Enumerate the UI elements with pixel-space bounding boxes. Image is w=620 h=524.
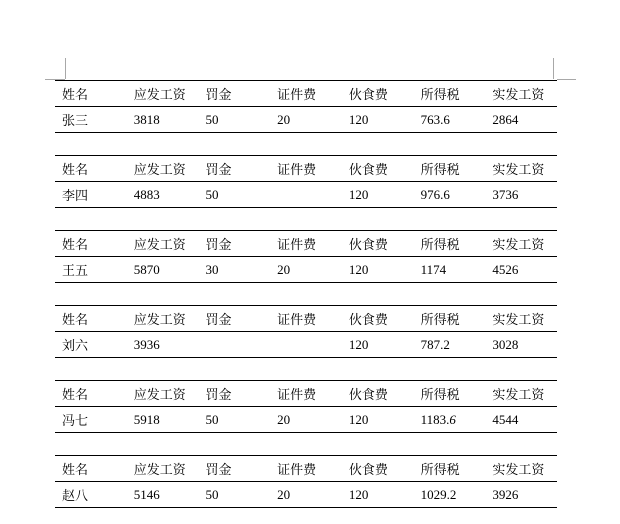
cell-fine[interactable]: 50 (198, 487, 270, 503)
header-cell-net-pay: 实发工资 (485, 234, 557, 253)
table-header-row: 姓名 应发工资 罚金 证件费 伙食费 所得税 实发工资 (55, 231, 557, 257)
header-cell-fine: 罚金 (198, 384, 270, 403)
table-data-row: 冯七 5918 50 20 120 1183.6 4544 (55, 407, 557, 432)
header-cell-fine: 罚金 (198, 309, 270, 328)
cell-name[interactable]: 冯七 (55, 410, 127, 429)
header-cell-certificate-fee: 证件费 (270, 234, 342, 253)
header-cell-certificate-fee: 证件费 (270, 84, 342, 103)
header-cell-meal-fee: 伙食费 (342, 384, 414, 403)
header-cell-certificate-fee: 证件费 (270, 159, 342, 178)
cell-name[interactable]: 刘六 (55, 335, 127, 354)
header-cell-certificate-fee: 证件费 (270, 384, 342, 403)
header-cell-income-tax: 所得税 (414, 234, 486, 253)
cell-gross-pay[interactable]: 3818 (127, 112, 199, 128)
cell-income-tax[interactable]: 1029.2 (414, 487, 486, 503)
tables-area: 姓名 应发工资 罚金 证件费 伙食费 所得税 实发工资 张三 3818 50 2… (55, 80, 557, 508)
cell-meal-fee[interactable]: 120 (342, 187, 414, 203)
cell-name[interactable]: 李四 (55, 185, 127, 204)
header-cell-income-tax: 所得税 (414, 384, 486, 403)
header-cell-income-tax: 所得税 (414, 159, 486, 178)
table-header-row: 姓名 应发工资 罚金 证件费 伙食费 所得税 实发工资 (55, 381, 557, 407)
cell-meal-fee[interactable]: 120 (342, 337, 414, 353)
cell-net-pay[interactable]: 3736 (485, 187, 557, 203)
cell-income-tax[interactable]: 976.6 (414, 187, 486, 203)
table-data-row: 赵八 5146 50 20 120 1029.2 3926 (55, 482, 557, 507)
salary-table-4: 姓名 应发工资 罚金 证件费 伙食费 所得税 实发工资 刘六 3936 120 … (55, 305, 557, 358)
header-cell-income-tax: 所得税 (414, 84, 486, 103)
cell-net-pay[interactable]: 2864 (485, 112, 557, 128)
table-data-row: 王五 5870 30 20 120 1174 4526 (55, 257, 557, 282)
cell-name[interactable]: 张三 (55, 110, 127, 129)
cell-gross-pay[interactable]: 5918 (127, 412, 199, 428)
salary-table-2: 姓名 应发工资 罚金 证件费 伙食费 所得税 实发工资 李四 4883 50 1… (55, 155, 557, 208)
cell-certificate-fee[interactable]: 20 (270, 262, 342, 278)
header-cell-gross-pay: 应发工资 (127, 459, 199, 478)
cell-gross-pay[interactable]: 5870 (127, 262, 199, 278)
header-cell-income-tax: 所得税 (414, 459, 486, 478)
header-cell-name: 姓名 (55, 84, 127, 103)
cell-meal-fee[interactable]: 120 (342, 412, 414, 428)
cell-fine[interactable]: 50 (198, 412, 270, 428)
table-data-row: 刘六 3936 120 787.2 3028 (55, 332, 557, 357)
salary-table-3: 姓名 应发工资 罚金 证件费 伙食费 所得税 实发工资 王五 5870 30 2… (55, 230, 557, 283)
cell-net-pay[interactable]: 4526 (485, 262, 557, 278)
cell-gross-pay[interactable]: 3936 (127, 337, 199, 353)
cell-name[interactable]: 王五 (55, 260, 127, 279)
cell-net-pay[interactable]: 4544 (485, 412, 557, 428)
text-boundary-mark-left-vertical (65, 58, 66, 79)
header-cell-meal-fee: 伙食费 (342, 234, 414, 253)
cell-gross-pay[interactable]: 5146 (127, 487, 199, 503)
header-cell-name: 姓名 (55, 309, 127, 328)
cell-meal-fee[interactable]: 120 (342, 262, 414, 278)
header-cell-fine: 罚金 (198, 234, 270, 253)
table-data-row: 李四 4883 50 120 976.6 3736 (55, 182, 557, 207)
header-cell-meal-fee: 伙食费 (342, 84, 414, 103)
header-cell-net-pay: 实发工资 (485, 159, 557, 178)
salary-table-1: 姓名 应发工资 罚金 证件费 伙食费 所得税 实发工资 张三 3818 50 2… (55, 80, 557, 133)
cell-certificate-fee[interactable]: 20 (270, 412, 342, 428)
table-header-row: 姓名 应发工资 罚金 证件费 伙食费 所得税 实发工资 (55, 456, 557, 482)
header-cell-certificate-fee: 证件费 (270, 459, 342, 478)
header-cell-gross-pay: 应发工资 (127, 159, 199, 178)
header-cell-net-pay: 实发工资 (485, 84, 557, 103)
income-tax-italic-decimal: 6 (449, 412, 456, 427)
cell-name[interactable]: 赵八 (55, 485, 127, 504)
cell-fine[interactable]: 50 (198, 187, 270, 203)
cell-fine[interactable]: 50 (198, 112, 270, 128)
cell-gross-pay[interactable]: 4883 (127, 187, 199, 203)
cell-fine[interactable]: 30 (198, 262, 270, 278)
salary-table-6: 姓名 应发工资 罚金 证件费 伙食费 所得税 实发工资 赵八 5146 50 2… (55, 455, 557, 508)
header-cell-net-pay: 实发工资 (485, 384, 557, 403)
document-page: 姓名 应发工资 罚金 证件费 伙食费 所得税 实发工资 张三 3818 50 2… (0, 0, 620, 524)
header-cell-meal-fee: 伙食费 (342, 159, 414, 178)
cell-certificate-fee[interactable]: 20 (270, 112, 342, 128)
table-header-row: 姓名 应发工资 罚金 证件费 伙食费 所得税 实发工资 (55, 306, 557, 332)
cell-certificate-fee[interactable]: 20 (270, 487, 342, 503)
cell-income-tax[interactable]: 787.2 (414, 337, 486, 353)
salary-table-5: 姓名 应发工资 罚金 证件费 伙食费 所得税 实发工资 冯七 5918 50 2… (55, 380, 557, 433)
header-cell-net-pay: 实发工资 (485, 459, 557, 478)
cell-income-tax[interactable]: 1183.6 (414, 412, 486, 428)
header-cell-name: 姓名 (55, 159, 127, 178)
header-cell-gross-pay: 应发工资 (127, 309, 199, 328)
header-cell-gross-pay: 应发工资 (127, 84, 199, 103)
cell-net-pay[interactable]: 3028 (485, 337, 557, 353)
table-data-row: 张三 3818 50 20 120 763.6 2864 (55, 107, 557, 132)
header-cell-meal-fee: 伙食费 (342, 309, 414, 328)
cell-net-pay[interactable]: 3926 (485, 487, 557, 503)
header-cell-meal-fee: 伙食费 (342, 459, 414, 478)
text-boundary-mark-right-vertical (553, 58, 554, 79)
header-cell-net-pay: 实发工资 (485, 309, 557, 328)
income-tax-integer-part: 1183. (421, 412, 450, 427)
header-cell-gross-pay: 应发工资 (127, 234, 199, 253)
cell-meal-fee[interactable]: 120 (342, 487, 414, 503)
table-header-row: 姓名 应发工资 罚金 证件费 伙食费 所得税 实发工资 (55, 156, 557, 182)
header-cell-fine: 罚金 (198, 84, 270, 103)
header-cell-name: 姓名 (55, 384, 127, 403)
header-cell-gross-pay: 应发工资 (127, 384, 199, 403)
header-cell-name: 姓名 (55, 459, 127, 478)
header-cell-fine: 罚金 (198, 459, 270, 478)
header-cell-certificate-fee: 证件费 (270, 309, 342, 328)
text-boundary-mark-right-horizontal (557, 79, 576, 80)
table-header-row: 姓名 应发工资 罚金 证件费 伙食费 所得税 实发工资 (55, 81, 557, 107)
cell-meal-fee[interactable]: 120 (342, 112, 414, 128)
header-cell-fine: 罚金 (198, 159, 270, 178)
cell-income-tax[interactable]: 1174 (414, 262, 486, 278)
header-cell-name: 姓名 (55, 234, 127, 253)
cell-income-tax[interactable]: 763.6 (414, 112, 486, 128)
header-cell-income-tax: 所得税 (414, 309, 486, 328)
